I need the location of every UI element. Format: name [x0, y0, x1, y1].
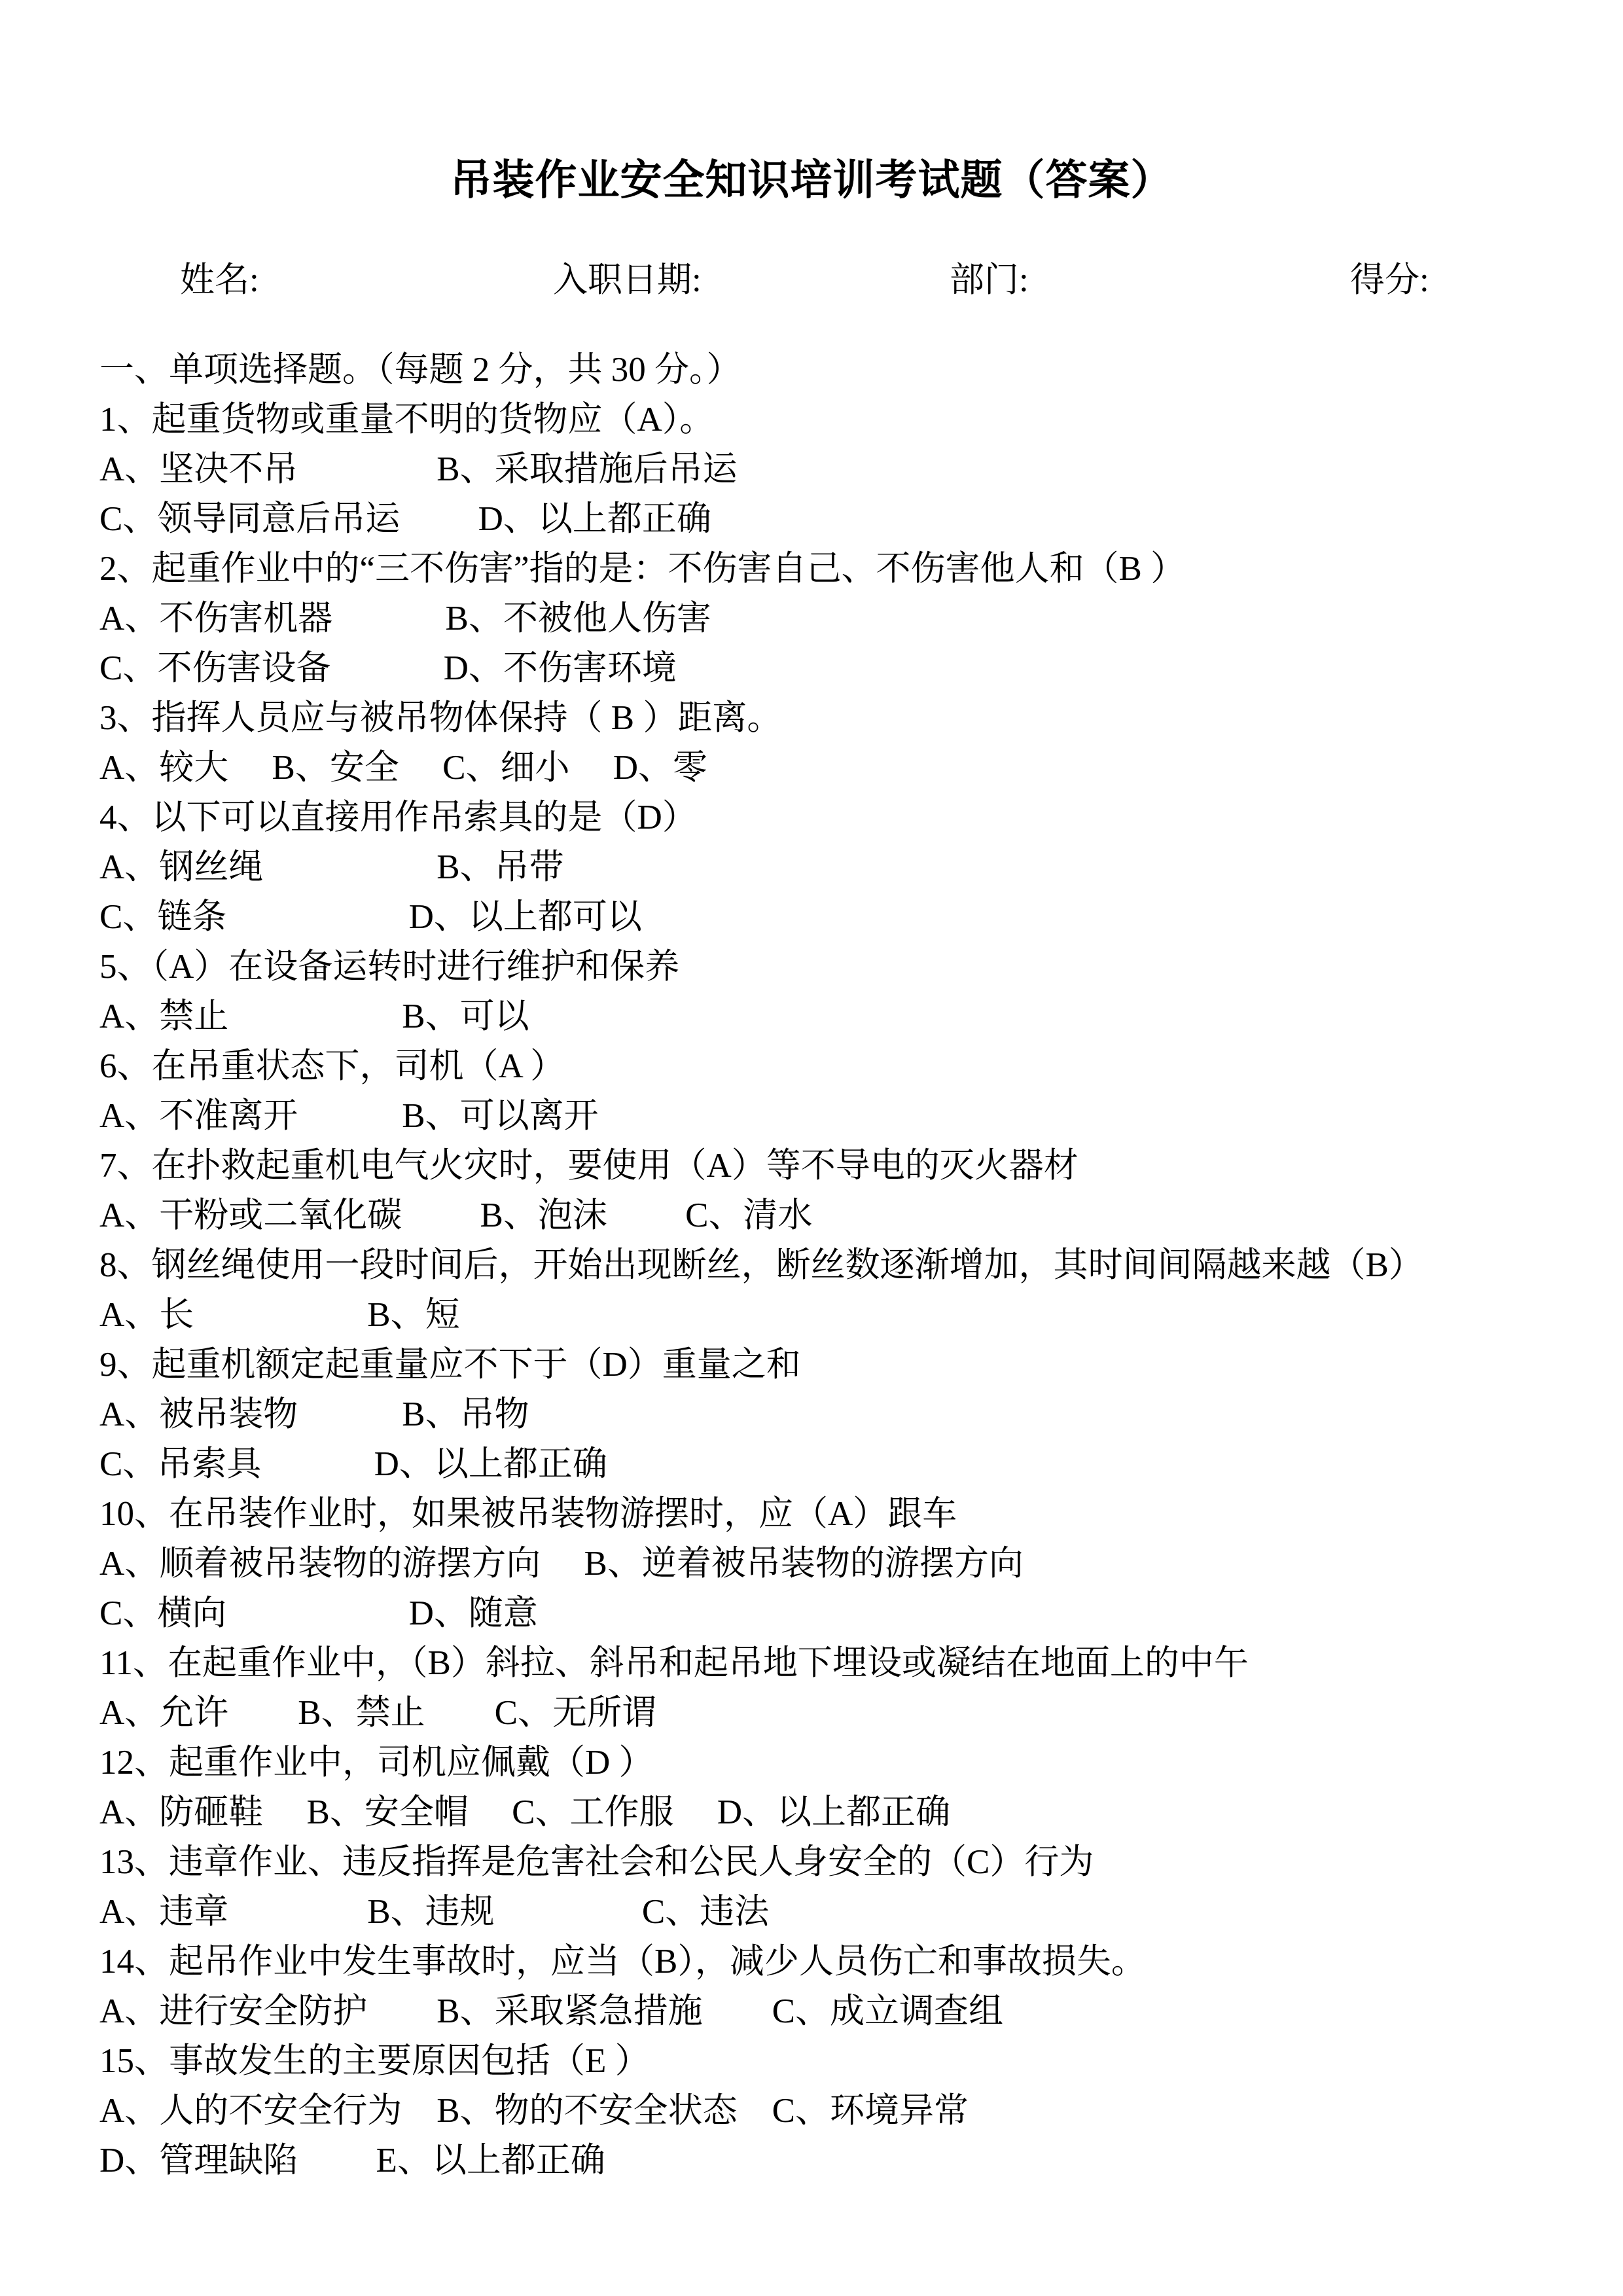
option-line: D、管理缺陷 E、以上都正确 — [99, 2136, 1544, 2185]
single-choice-section: 一、单项选择题。（每题 2 分，共 30 分。） 1、起重货物或重量不明的货物应… — [0, 345, 1623, 2185]
question-text: 4、以下可以直接用作吊索具的是（D） — [99, 793, 1544, 842]
option-line: A、进行安全防护 B、采取紧急措施 C、成立调查组 — [99, 1986, 1544, 2036]
option-line: A、坚决不吊 B、采取措施后吊运 — [99, 444, 1544, 494]
option-line: A、被吊装物 B、吊物 — [99, 1390, 1544, 1439]
option-line: A、禁止 B、可以 — [99, 992, 1544, 1041]
option-line: C、吊索具 D、以上都正确 — [99, 1439, 1544, 1489]
question-text: 6、在吊重状态下，司机（A ） — [99, 1041, 1544, 1091]
option-line: A、不伤害机器 B、不被他人伤害 — [99, 594, 1544, 643]
question-text: 9、起重机额定起重量应不下于（D）重量之和 — [99, 1340, 1544, 1390]
question-text: 5、（A）在设备运转时进行维护和保养 — [99, 942, 1544, 992]
section-heading: 一、单项选择题。（每题 2 分，共 30 分。） — [99, 345, 1544, 395]
option-line: A、顺着被吊装物的游摆方向 B、逆着被吊装物的游摆方向 — [99, 1539, 1544, 1588]
option-line: A、防砸鞋 B、安全帽 C、工作服 D、以上都正确 — [99, 1787, 1544, 1837]
option-line: C、链条 D、以上都可以 — [99, 892, 1544, 942]
option-line: A、违章 B、违规 C、违法 — [99, 1887, 1544, 1937]
exam-document-page: 吊装作业安全知识培训考试题（答案） 姓名: 入职日期: 部门: 得分: 一、单项… — [0, 0, 1623, 2296]
question-text: 10、在吊装作业时，如果被吊装物游摆时，应（A）跟车 — [99, 1489, 1544, 1539]
option-line: A、钢丝绳 B、吊带 — [99, 842, 1544, 892]
option-line: C、领导同意后吊运 D、以上都正确 — [99, 494, 1544, 544]
header-fields-row: 姓名: 入职日期: 部门: 得分: — [0, 262, 1623, 298]
department-field-label: 部门: — [950, 262, 1029, 298]
option-line: C、不伤害设备 D、不伤害环境 — [99, 643, 1544, 693]
option-line: A、干粉或二氧化碳 B、泡沫 C、清水 — [99, 1191, 1544, 1240]
option-line: A、不准离开 B、可以离开 — [99, 1091, 1544, 1141]
document-title: 吊装作业安全知识培训考试题（答案） — [0, 0, 1623, 202]
question-text: 15、事故发生的主要原因包括（E ） — [99, 2036, 1544, 2086]
question-text: 2、起重作业中的“三不伤害”指的是：不伤害自己、不伤害他人和（B ） — [99, 544, 1544, 594]
question-list: 1、起重货物或重量不明的货物应（A）。A、坚决不吊 B、采取措施后吊运C、领导同… — [99, 395, 1544, 2185]
option-line: A、长 B、短 — [99, 1290, 1544, 1340]
score-field-label: 得分: — [1350, 262, 1429, 298]
option-line: A、较大 B、安全 C、细小 D、零 — [99, 743, 1544, 793]
question-text: 12、起重作业中，司机应佩戴（D ） — [99, 1738, 1544, 1787]
option-line: A、允许 B、禁止 C、无所谓 — [99, 1688, 1544, 1738]
question-text: 8、钢丝绳使用一段时间后，开始出现断丝，断丝数逐渐增加，其时间间隔越来越（B） — [99, 1240, 1544, 1290]
question-text: 11、在起重作业中，（B）斜拉、斜吊和起吊地下埋设或凝结在地面上的中午 — [99, 1638, 1544, 1688]
question-text: 3、指挥人员应与被吊物体保持（ B ）距离。 — [99, 693, 1544, 743]
option-line: A、人的不安全行为 B、物的不安全状态 C、环境异常 — [99, 2086, 1544, 2136]
option-line: C、横向 D、随意 — [99, 1588, 1544, 1638]
name-field-label: 姓名: — [180, 262, 259, 298]
question-text: 13、违章作业、违反指挥是危害社会和公民人身安全的（C）行为 — [99, 1837, 1544, 1887]
question-text: 1、起重货物或重量不明的货物应（A）。 — [99, 395, 1544, 444]
question-text: 14、起吊作业中发生事故时，应当（B），减少人员伤亡和事故损失。 — [99, 1937, 1544, 1986]
question-text: 7、在扑救起重机电气火灾时，要使用（A）等不导电的灭火器材 — [99, 1141, 1544, 1191]
hire-date-field-label: 入职日期: — [553, 262, 702, 298]
